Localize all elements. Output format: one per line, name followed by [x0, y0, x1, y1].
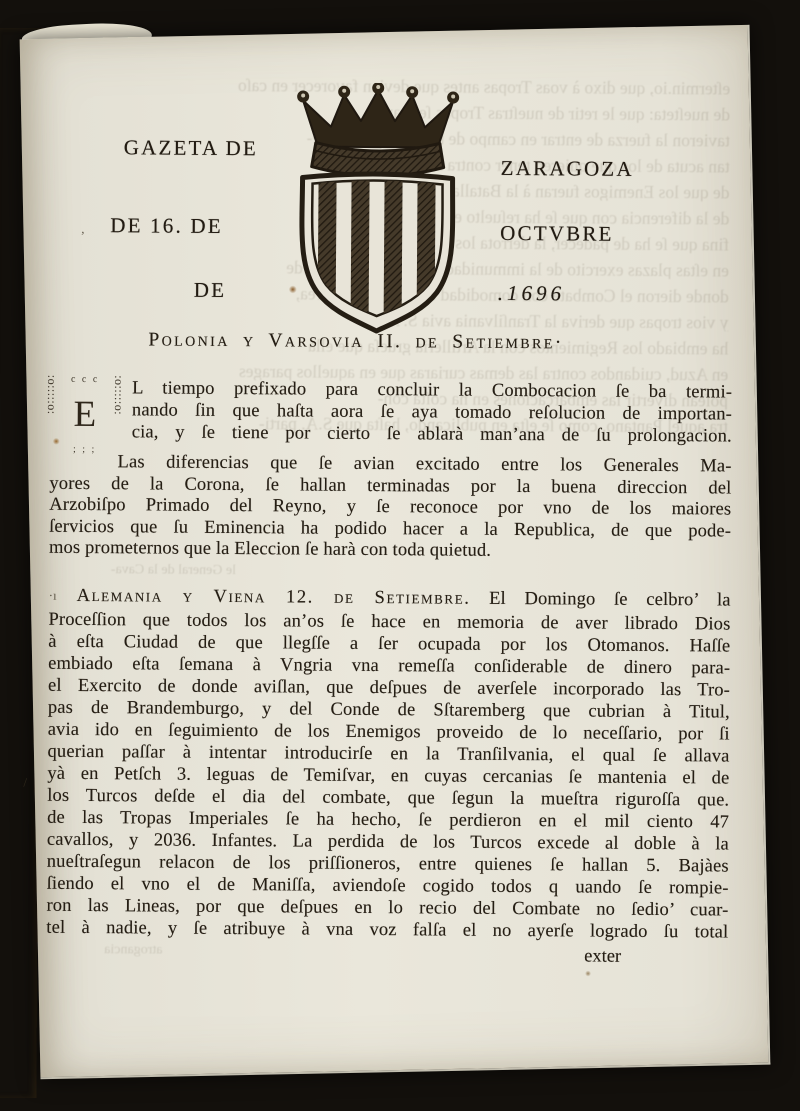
ink-speck: ·ı — [49, 588, 57, 604]
ink-speck: , — [81, 221, 84, 237]
foxing-stain — [585, 971, 591, 977]
initial-middle: c c c E ; ; ; — [70, 375, 99, 455]
foxing-stain — [53, 438, 60, 445]
body-line: cia, y ſe tiene por cierto ſe ablarà man… — [132, 422, 732, 447]
masthead-title-left-1: GAZETA DE — [124, 135, 258, 161]
section-heading-polonia: Polonia y Varsovia II. de Setiembre· — [148, 329, 563, 354]
masthead-month: OCTVBRE — [500, 221, 614, 247]
ghost-line: atrogancia — [104, 941, 162, 959]
printed-content: eſtermin.io, que dixo à voas Tropas ante… — [17, 29, 752, 1072]
body-line: Las diferencias que ſe avian excitado en… — [118, 452, 732, 477]
masthead-de: DE — [194, 278, 227, 303]
masthead-title-right-1: ZARAGOZA — [501, 156, 634, 182]
body-line: mos prometernos que la Eleccion ſe harà … — [49, 538, 731, 564]
body-line: L tiempo prefixado para concluir la Comb… — [132, 378, 732, 403]
initial-ornament-bottom: ; ; ; — [73, 446, 96, 454]
masthead-date-left: DE 16. DE — [110, 213, 223, 239]
drop-cap-letter: E — [73, 397, 96, 433]
initial-ornament-right: :o:::::o: — [113, 375, 125, 455]
dateline-rest: El Domingo ſe celbro’ la — [489, 589, 731, 611]
catchword: exter — [584, 946, 621, 967]
ink-speck: / — [23, 775, 27, 791]
gazette-sheet: eſtermin.io, que dixo à voas Tropas ante… — [20, 25, 771, 1079]
foxing-stain — [289, 285, 297, 293]
masthead-year: .1696 — [498, 281, 565, 306]
body-line: nando ſin que haſta aora ſe aya tomado r… — [132, 400, 732, 425]
body-line: tel à nadie, y ſe atribuye à vna voz fal… — [46, 918, 728, 944]
dateline: Alemania y Viena 12. de Setiembre. — [77, 586, 471, 609]
ghost-line: le General de la Cava- — [111, 561, 236, 580]
initial-ornament-top: c c c — [71, 376, 99, 384]
scanned-gazette-page: eſtermin.io, que dixo à voas Tropas ante… — [0, 0, 800, 1111]
crowned-shield-icon — [284, 82, 470, 335]
body-line-dateline: Alemania y Viena 12. de Setiembre. El Do… — [77, 586, 731, 612]
